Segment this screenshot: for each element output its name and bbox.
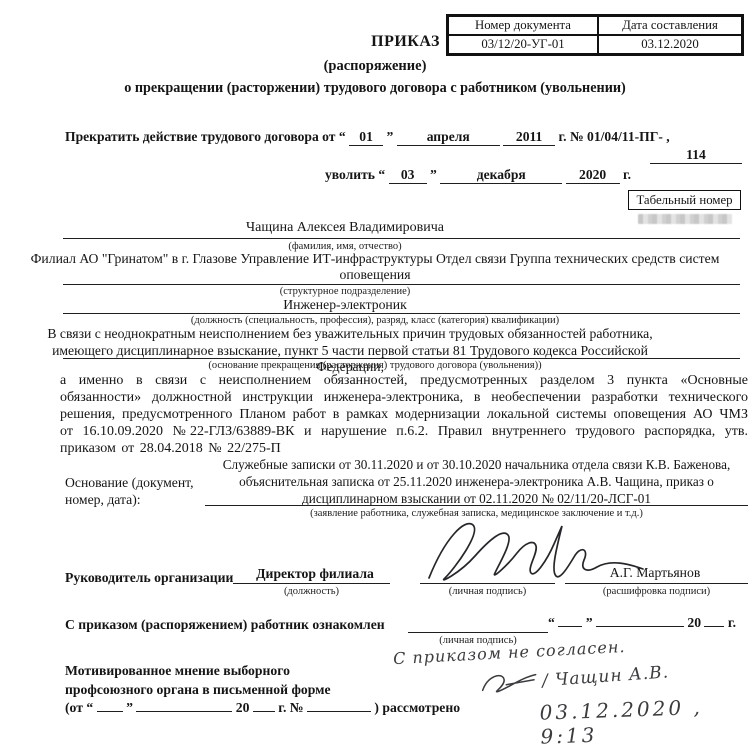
union-opinion-line1: Мотивированное мнение выборного bbox=[65, 662, 545, 681]
contract-number-value: 01/04/11-ПГ- , bbox=[587, 129, 670, 144]
ack-year-suffix: г. bbox=[728, 615, 736, 630]
head-name-caption: (расшифровка подписи) bbox=[565, 586, 748, 597]
head-position-value: Директор филиала bbox=[240, 566, 390, 582]
terminate-month-field: апреля bbox=[397, 129, 500, 146]
union-day-blank bbox=[97, 711, 123, 712]
basis-documents-value: Служебные записки от 30.11.2020 и от 30.… bbox=[205, 456, 748, 507]
union-g-label: г. № bbox=[278, 700, 303, 715]
head-signature-underline bbox=[420, 583, 555, 584]
name-underline bbox=[63, 238, 740, 239]
document-subtitle: (распоряжение) bbox=[0, 58, 750, 75]
doc-date-header: Дата составления bbox=[598, 16, 742, 35]
ack-month-blank bbox=[596, 626, 684, 627]
contract-number-label: г. № bbox=[559, 129, 584, 144]
doc-number-value: 03/12/20-УГ-01 bbox=[448, 35, 598, 54]
head-position-caption: (должность) bbox=[233, 586, 390, 597]
personnel-number-box: Табельный номер bbox=[628, 190, 741, 224]
grounds-caption: (основание прекращения (расторжения) тру… bbox=[35, 360, 715, 371]
basis-label: Основание (документ, номер, дата): bbox=[65, 474, 215, 508]
contract-number-field-2: 114 bbox=[650, 147, 742, 164]
dismiss-line: уволить “ 03 ” декабря 2020 г. bbox=[325, 167, 631, 184]
acknowledgment-date-blanks: “ ” 20 г. bbox=[548, 615, 736, 631]
terminate-day-field: 01 bbox=[349, 129, 383, 146]
quote-open: “ bbox=[339, 129, 346, 144]
terminate-year-field: 2011 bbox=[503, 129, 555, 146]
union-year-prefix: 20 bbox=[236, 700, 250, 715]
dismiss-day-field: 03 bbox=[389, 167, 427, 184]
union-from-label: (от “ bbox=[65, 700, 93, 715]
position-value: Инженер-электроник bbox=[5, 297, 685, 313]
handwritten-signature-name: / Чащин А.В. bbox=[541, 662, 669, 691]
head-name-value: А.Г. Мартьянов bbox=[585, 565, 725, 581]
ack-year-prefix: 20 bbox=[687, 615, 701, 630]
union-opinion-block: Мотивированное мнение выборного профсоюз… bbox=[65, 662, 545, 718]
document-title: ПРИКАЗ bbox=[0, 33, 440, 51]
union-opinion-line3: (от “ ” 20 г. № ) рассмотрено bbox=[65, 699, 545, 718]
order-document-page: Номер документа Дата составления 03/12/2… bbox=[0, 0, 750, 755]
doc-date-value: 03.12.2020 bbox=[598, 35, 742, 54]
union-year-blank bbox=[253, 711, 275, 712]
ack-day-blank bbox=[558, 626, 582, 627]
handwritten-date-time: 03.12.2020 , 9:13 bbox=[539, 693, 750, 748]
structural-unit-underline bbox=[63, 284, 740, 285]
registration-table: Номер документа Дата составления 03/12/2… bbox=[446, 14, 744, 56]
quote-close: ” bbox=[586, 615, 593, 630]
acknowledgment-label: С приказом (распоряжением) работник озна… bbox=[65, 617, 385, 633]
personnel-number-label: Табельный номер bbox=[628, 190, 741, 210]
structural-unit-caption: (структурное подразделение) bbox=[65, 286, 625, 297]
head-position-underline bbox=[233, 583, 390, 584]
acknowledgment-signature-underline bbox=[408, 632, 548, 633]
position-caption: (должность (специальность, профессия), р… bbox=[35, 315, 715, 326]
quote-close: ” bbox=[126, 700, 133, 715]
dismiss-month-field: декабря bbox=[440, 167, 562, 184]
ack-year-blank bbox=[704, 626, 724, 627]
year-suffix: г. bbox=[623, 167, 631, 182]
dismiss-label: уволить bbox=[325, 167, 375, 182]
head-of-organization-label: Руководитель организации bbox=[65, 570, 233, 586]
union-month-blank bbox=[136, 711, 232, 712]
terminate-label: Прекратить действие трудового договора о… bbox=[65, 129, 335, 144]
doc-number-header: Номер документа bbox=[448, 16, 598, 35]
quote-close: ” bbox=[430, 167, 437, 182]
employee-name: Чащина Алексея Владимировича bbox=[5, 220, 685, 236]
basis-underline bbox=[205, 505, 748, 506]
head-signature-caption: (личная подпись) bbox=[420, 586, 555, 597]
union-number-blank bbox=[307, 711, 371, 712]
grounds-underline bbox=[63, 358, 740, 359]
position-underline bbox=[63, 313, 740, 314]
contract-number-second-line: 114 bbox=[650, 147, 742, 164]
quote-open: “ bbox=[378, 167, 385, 182]
employee-signature-squiggle bbox=[477, 668, 543, 696]
union-suffix: ) рассмотрено bbox=[374, 700, 460, 715]
union-opinion-line2: профсоюзного органа в письменной форме bbox=[65, 681, 545, 700]
terminate-line: Прекратить действие трудового договора о… bbox=[65, 129, 670, 146]
structural-unit-value: Филиал АО "Гринатом" в г. Глазове Управл… bbox=[30, 251, 720, 283]
head-name-underline bbox=[565, 583, 748, 584]
details-paragraph: а именно в связи с неисполнением обязанн… bbox=[60, 373, 748, 458]
quote-close: ” bbox=[387, 129, 394, 144]
dismiss-year-field: 2020 bbox=[566, 167, 620, 184]
quote-open: “ bbox=[548, 615, 555, 630]
document-subject: о прекращении (расторжении) трудового до… bbox=[0, 80, 750, 97]
